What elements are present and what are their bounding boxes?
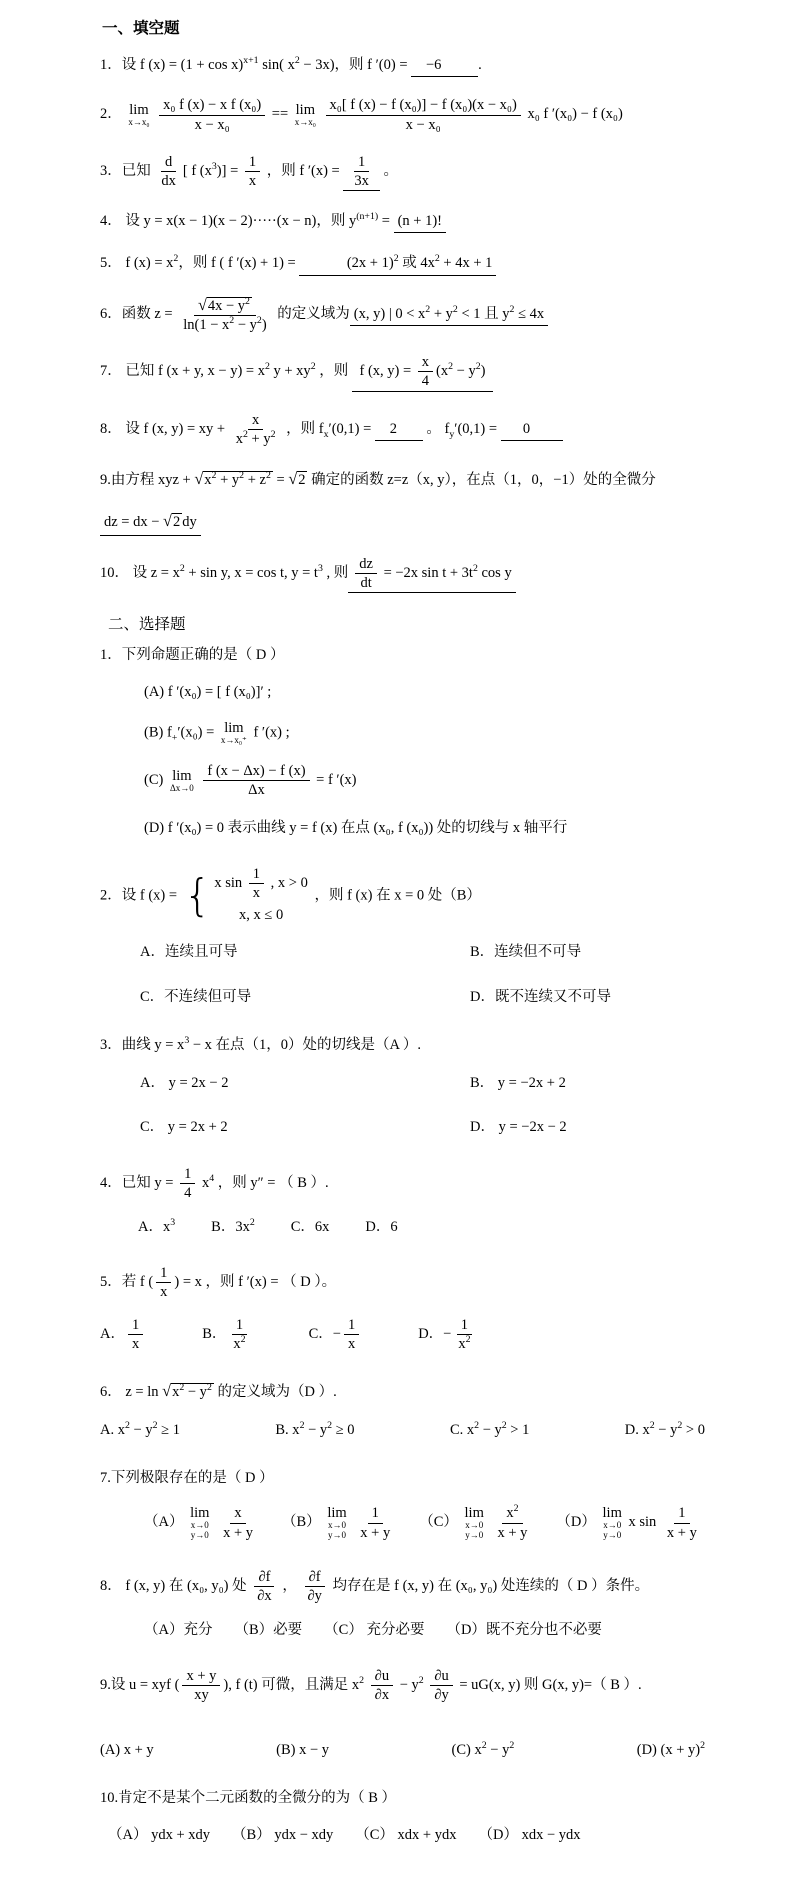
choice-q6-option-c: C. x2 − y2 > 1 [450, 1419, 529, 1441]
choice-q4-stem: 4．已知 y = 14 x4 ，则 y″ = （ B ）. [100, 1165, 705, 1202]
choice-q10-options: （A） ydx + xdy （B） ydx − xdy （C） xdx + yd… [108, 1824, 705, 1846]
choice-q5-options: A．1x B．1x2 C．−1x D．−1x2 [100, 1316, 705, 1353]
choice-q10-option-b: （B） ydx − xdy [232, 1824, 333, 1846]
choice-q5-option-b: B．1x2 [202, 1316, 252, 1353]
fill-question-5: 5． f (x) = x2，则 f ( f ′(x) + 1) = (2x + … [100, 252, 705, 275]
choice-q3-option-c: C． y = 2x + 2 [140, 1116, 470, 1138]
choice-q4-option-d: D．6 [365, 1216, 397, 1238]
choice-q3-option-b: B． y = −2x + 2 [470, 1072, 705, 1094]
choice-q8-option-b: （B）必要 [234, 1619, 302, 1641]
choice-q3-option-d: D． y = −2x − 2 [470, 1116, 705, 1138]
choice-question-7: 7.下列极限存在的是（ D ） （A） limx→0y→0 xx + y （B）… [100, 1467, 705, 1541]
choice-q2-stem: 2．设 f (x) = {x sin 1x , x > 0x, x ≤ 0 ，则… [100, 865, 705, 927]
choice-q1-option-a: (A) f ′(x₀) = [ f (x₀)]′ ; [144, 681, 705, 703]
choice-q1-option-b: (B) f+′(x₀) = limx→x₀⁺ f ′(x) ; [144, 721, 705, 746]
choice-q6-stem: 6． z = ln √x2 − y2 的定义域为（D ）. [100, 1379, 705, 1405]
choice-q7-options: （A） limx→0y→0 xx + y （B） limx→0y→0 1x + … [144, 1504, 705, 1541]
document-page: 一、填空题 1．设 f (x) = (1 + cos x)x+1 sin( x2… [0, 0, 793, 1903]
choice-q9-option-c: (C) x2 − y2 [452, 1739, 515, 1761]
choice-q2-option-b: B．连续但不可导 [470, 941, 705, 963]
choice-q2-option-d: D．既不连续又不可导 [470, 986, 705, 1008]
choice-q10-option-c: （C） xdx + ydx [355, 1824, 456, 1846]
choice-question-4: 4．已知 y = 14 x4 ，则 y″ = （ B ）. A．x3 B．3x2… [100, 1165, 705, 1239]
choice-question-3: 3．曲线 y = x3 − x 在点（1，0）处的切线是（A ）. A． y =… [100, 1034, 705, 1138]
choice-q4-option-c: C．6x [291, 1216, 330, 1238]
fill-question-6: 6．函数 z = √4x − y2ln(1 − x2 − y2) 的定义域为(x… [100, 295, 705, 334]
choice-q10-stem: 10.肯定不是某个二元函数的全微分的为（ B ） [100, 1787, 705, 1810]
choice-q4-options: A．x3 B．3x2 C．6x D．6 [138, 1216, 705, 1238]
choice-q2-option-a: A．连续且可导 [140, 941, 470, 963]
choice-q8-option-c: （C） 充分必要 [324, 1619, 424, 1641]
choice-q7-option-a: （A） limx→0y→0 xx + y [144, 1504, 260, 1541]
section-fill-in-blanks: 一、填空题 1．设 f (x) = (1 + cos x)x+1 sin( x2… [100, 16, 705, 593]
choice-q4-option-a: A．x3 [138, 1216, 175, 1238]
fill-question-9-line1: 9.由方程 xyz + √x2 + y2 + z2 = √2 确定的函数 z=z… [100, 467, 705, 493]
fill-question-4: 4． 设 y = x(x − 1)(x − 2)·····(x − n)，则 y… [100, 210, 705, 233]
choice-question-8: 8． f (x, y) 在 (x₀, y₀) 处 ∂f∂x ， ∂f∂y 均存在… [100, 1568, 705, 1642]
section2-title: 二、选择题 [108, 612, 705, 634]
fill-question-9-line2: dz = dx − √2dy [100, 509, 705, 536]
choice-q2-options: A．连续且可导 B．连续但不可导 C．不连续但可导 D．既不连续又不可导 [140, 941, 705, 1008]
choice-question-6: 6． z = ln √x2 − y2 的定义域为（D ）. A. x2 − y2… [100, 1379, 705, 1441]
choice-question-2: 2．设 f (x) = {x sin 1x , x > 0x, x ≤ 0 ，则… [100, 865, 705, 1008]
choice-q7-option-d: （D） limx→0y→0 x sin 1x + y [556, 1504, 703, 1541]
choice-q10-option-d: （D） xdx − ydx [479, 1824, 581, 1846]
choice-q6-option-a: A. x2 − y2 ≥ 1 [100, 1419, 180, 1441]
choice-q7-stem: 7.下列极限存在的是（ D ） [100, 1467, 705, 1490]
choice-q6-options: A. x2 − y2 ≥ 1 B. x2 − y2 ≥ 0 C. x2 − y2… [100, 1419, 705, 1441]
choice-q2-option-c: C．不连续但可导 [140, 986, 470, 1008]
fill-question-7: 7． 已知 f (x + y, x − y) = x2 y + xy2 ，则 f… [100, 353, 705, 391]
choice-q1-option-c: (C) limΔx→0 f (x − Δx) − f (x)Δx = f ′(x… [144, 762, 705, 799]
choice-q3-options: A． y = 2x − 2 B． y = −2x + 2 C． y = 2x +… [140, 1072, 705, 1139]
choice-q5-option-c: C．−1x [309, 1316, 363, 1353]
choice-q6-option-b: B. x2 − y2 ≥ 0 [275, 1419, 354, 1441]
choice-q5-stem: 5．若 f (1x) = x ，则 f ′(x) = （ D ）。 [100, 1264, 705, 1301]
choice-q9-option-b: (B) x − y [276, 1739, 329, 1761]
choice-q8-stem: 8． f (x, y) 在 (x₀, y₀) 处 ∂f∂x ， ∂f∂y 均存在… [100, 1568, 705, 1605]
choice-q4-option-b: B．3x2 [211, 1216, 255, 1238]
choice-q9-options: (A) x + y (B) x − y (C) x2 − y2 (D) (x +… [100, 1739, 705, 1761]
choice-q3-option-a: A． y = 2x − 2 [140, 1072, 470, 1094]
choice-question-1: 1．下列命题正确的是（ D ） (A) f ′(x₀) = [ f (x₀)]′… [100, 644, 705, 839]
section1-title: 一、填空题 [102, 16, 705, 38]
fill-question-10: 10． 设 z = x2 + sin y, x = cos t, y = t3 … [100, 555, 705, 593]
choice-q10-option-a: （A） ydx + xdy [108, 1824, 210, 1846]
choice-q9-stem: 9.设 u = xyf (x + yxy), f (t) 可微，且满足 x2 ∂… [100, 1667, 705, 1704]
section-multiple-choice: 二、选择题 1．下列命题正确的是（ D ） (A) f ′(x₀) = [ f … [100, 612, 705, 1847]
choice-q3-stem: 3．曲线 y = x3 − x 在点（1，0）处的切线是（A ）. [100, 1034, 705, 1057]
choice-q8-option-a: （A）充分 [144, 1619, 212, 1641]
choice-q5-option-a: A．1x [100, 1316, 146, 1353]
fill-question-8: 8． 设 f (x, y) = xy + xx2 + y2 ，则 fx′(0,1… [100, 411, 705, 448]
choice-question-5: 5．若 f (1x) = x ，则 f ′(x) = （ D ）。 A．1x B… [100, 1264, 705, 1353]
choice-q8-options: （A）充分 （B）必要 （C） 充分必要 （D）既不充分也不必要 [144, 1619, 705, 1641]
fill-question-3: 3．已知 ddx[ f (x3)] = 1x ，则 f ′(x) = 13x 。 [100, 153, 705, 191]
choice-q9-option-d: (D) (x + y)2 [637, 1739, 705, 1761]
choice-q5-option-d: D．−1x2 [418, 1316, 477, 1353]
choice-q8-option-d: （D）既不充分也不必要 [446, 1619, 601, 1641]
choice-q1-option-d: (D) f ′(x₀) = 0 表示曲线 y = f (x) 在点 (x₀, f… [144, 817, 705, 839]
choice-question-10: 10.肯定不是某个二元函数的全微分的为（ B ） （A） ydx + xdy （… [100, 1787, 705, 1847]
choice-q7-option-c: （C） limx→0y→0 x2x + y [419, 1504, 534, 1541]
choice-q7-option-b: （B） limx→0y→0 1x + y [282, 1504, 397, 1541]
fill-question-2: 2． limx→x₀ x₀ f (x) − x f (x₀)x − x₀ == … [100, 96, 705, 133]
choice-q1-options: (A) f ′(x₀) = [ f (x₀)]′ ; (B) f+′(x₀) =… [100, 681, 705, 839]
fill-question-1: 1．设 f (x) = (1 + cos x)x+1 sin( x2 − 3x)… [100, 54, 705, 77]
choice-q1-stem: 1．下列命题正确的是（ D ） [100, 644, 705, 667]
choice-question-9: 9.设 u = xyf (x + yxy), f (t) 可微，且满足 x2 ∂… [100, 1667, 705, 1761]
choice-q9-option-a: (A) x + y [100, 1739, 154, 1761]
fill-question-9: 9.由方程 xyz + √x2 + y2 + z2 = √2 确定的函数 z=z… [100, 467, 705, 536]
choice-q6-option-d: D. x2 − y2 > 0 [625, 1419, 705, 1441]
